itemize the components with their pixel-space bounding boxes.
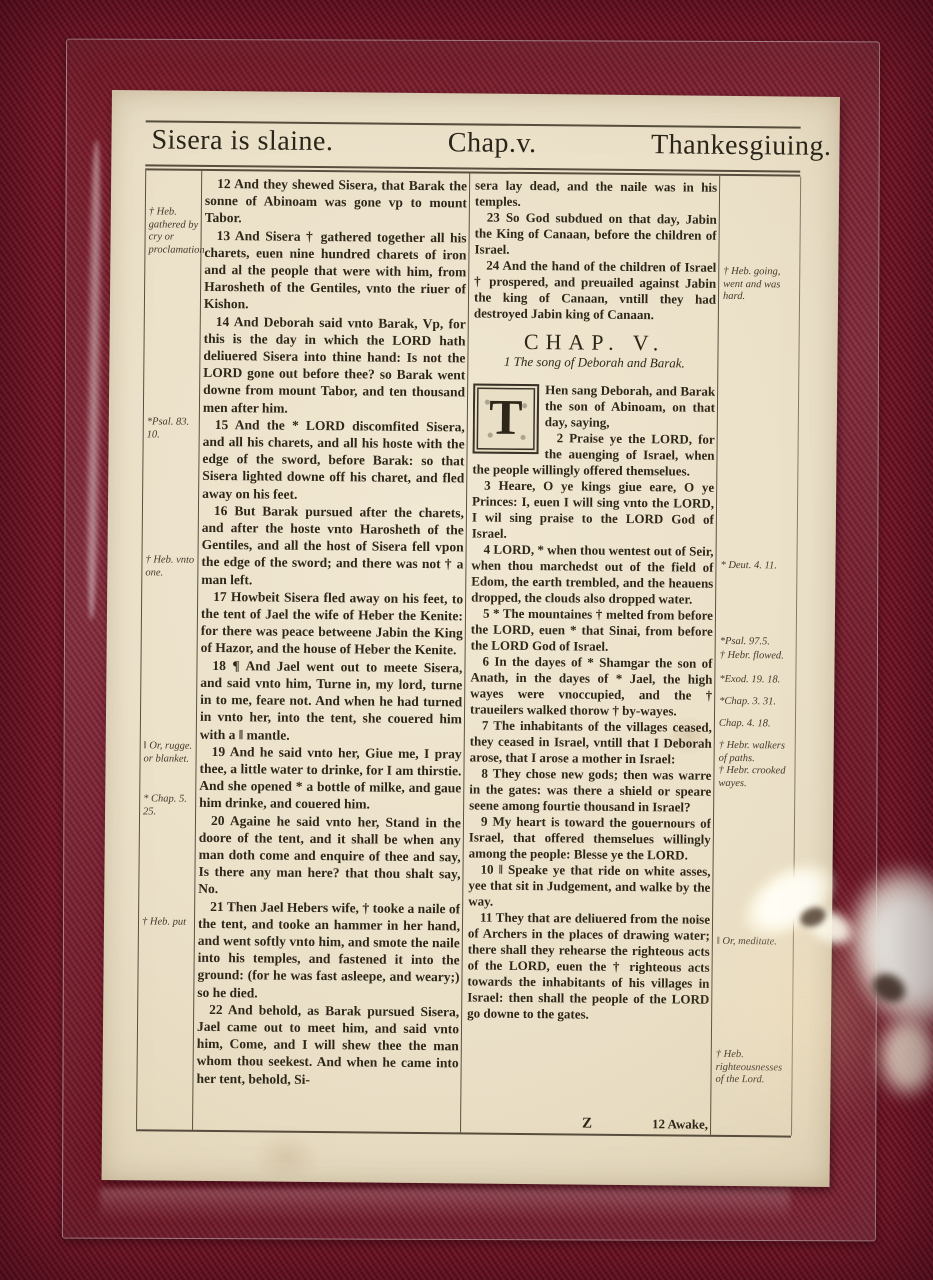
verse-11: 11 They that are deliuered from the nois… — [467, 909, 710, 1023]
margin-note: *Psal. 97.5. — [720, 636, 792, 649]
margin-note: ‖ Or, rugge. or blanket. — [144, 740, 194, 765]
verse-4: 4 LORD, * when thou wentest out of Seir,… — [471, 541, 714, 607]
header-chapter-label: Chap.v. — [448, 127, 537, 160]
verse-8: 8 They chose new gods; then was warre in… — [469, 765, 711, 815]
verse-9: 9 My heart is toward the gouernours of I… — [469, 813, 711, 863]
verse-13: 13 And Sisera † gathered together all hi… — [204, 227, 467, 316]
margin-note: Chap. 4. 18. — [719, 718, 791, 731]
margin-note: † Heb. righteousnesses of the Lord. — [715, 1049, 787, 1087]
header-left-title: Sisera is slaine. — [151, 124, 333, 158]
verse-18: 18 ¶ And Jael went out to meete Sisera, … — [200, 657, 463, 746]
chapter-heading: CHAP. V. — [474, 333, 716, 351]
page-header: Sisera is slaine. Chap.v. Thankesgiuing. — [151, 124, 831, 171]
margin-note: † Hebr. flowed. — [720, 650, 792, 663]
verse-21: 21 Then Jael Hebers wife, † tooke a nail… — [197, 897, 460, 1003]
verse-15: 15 And the * LORD discomfited Sisera, an… — [202, 416, 465, 505]
verse-23: 23 So God subdued on that day, Jabin the… — [474, 209, 716, 259]
signature-letter: Z — [582, 1116, 592, 1132]
verse-6: 6 In the dayes of * Shamgar the son of A… — [470, 653, 713, 719]
frame-rule-left-outer — [136, 170, 147, 1129]
margin-note: † Hebr. crooked wayes. — [718, 765, 790, 791]
left-text-column: 12 And they shewed Sisera, that Barak th… — [196, 175, 467, 1130]
bible-page: Sisera is slaine. Chap.v. Thankesgiuing.… — [102, 90, 840, 1187]
photo-background: Sisera is slaine. Chap.v. Thankesgiuing.… — [0, 0, 933, 1280]
verse-22-continuation: sera lay dead, and the naile was in his … — [475, 177, 717, 211]
verse-14: 14 And Deborah said vnto Barak, Vp, for … — [203, 313, 466, 419]
verse-10: 10 ‖ Speake ye that ride on white asses,… — [468, 861, 710, 911]
margin-note: *Chap. 3. 31. — [719, 696, 791, 709]
verse-7: 7 The inhabitants of the villages ceased… — [470, 717, 712, 767]
drop-cap: T — [473, 383, 540, 454]
margin-note: † Heb. put — [142, 916, 192, 929]
verse-17: 17 Howbeit Sisera fled away on his feet,… — [201, 588, 464, 659]
chapter-argument: 1 The song of Deborah and Barak. — [473, 353, 715, 371]
margin-note: * Deut. 4. 11. — [720, 560, 792, 573]
verse-19: 19 And he said vnto her, Giue me, I pray… — [199, 743, 462, 814]
header-right-title: Thankesgiuing. — [651, 129, 832, 163]
catchword-row: Z 12 Awake, — [466, 1114, 708, 1132]
verse-5: 5 * The mountaines † melted from before … — [471, 605, 713, 655]
margin-note: † Heb. going, went and was hard. — [723, 266, 795, 304]
margin-note: † Heb. vnto one. — [145, 554, 195, 579]
catchword: 12 Awake, — [592, 1116, 708, 1133]
margin-note: *Exod. 19. 18. — [719, 674, 791, 687]
chapter-opening: T Hen sang Deborah, and Barak the son of… — [472, 381, 715, 479]
paper-stain — [252, 1131, 322, 1182]
right-text-column: sera lay dead, and the naile was in his … — [466, 177, 717, 1132]
verse-24: 24 And the hand of the children of Israe… — [474, 257, 717, 323]
margin-note: † Hebr. walkers of paths. — [719, 740, 791, 766]
margin-note: † Heb. gathered by cry or proclamation. — [148, 206, 198, 256]
frame-rule-right-outer — [791, 177, 802, 1136]
sleeve-bottom-sheen — [100, 1188, 790, 1222]
margin-note: ‖ Or, meditate. — [717, 936, 789, 949]
verse-12: 12 And they shewed Sisera, that Barak th… — [205, 175, 467, 229]
margin-note: * Chap. 5. 25. — [143, 793, 193, 818]
margin-note: *Psal. 83. 10. — [147, 416, 197, 441]
verse-3: 3 Heare, O ye kings giue eare, O ye Prin… — [472, 477, 715, 543]
verse-22: 22 And behold, as Barak pursued Sisera, … — [196, 1001, 459, 1090]
verse-20: 20 Againe he said vnto her, Stand in the… — [198, 811, 461, 900]
verse-16: 16 But Barak pursued after the charets, … — [201, 502, 464, 591]
